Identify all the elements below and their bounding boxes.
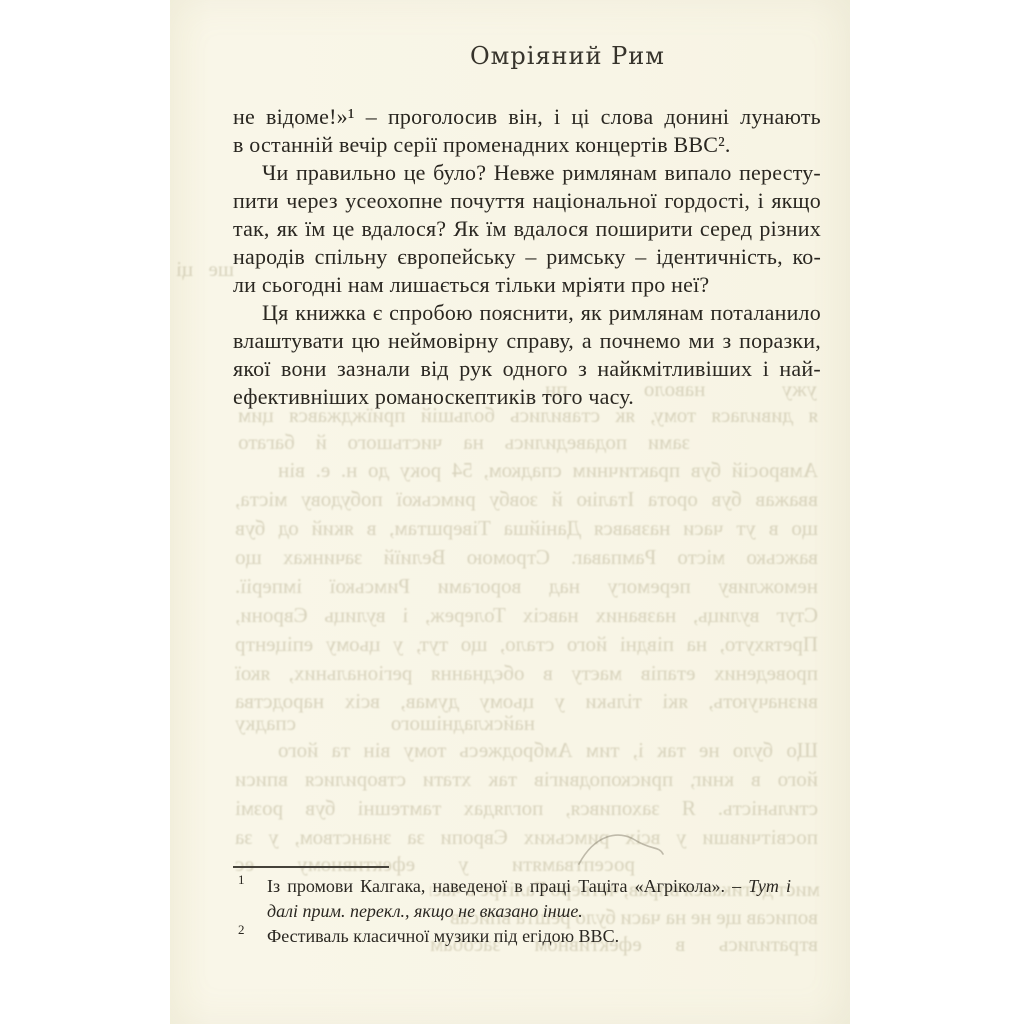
text-line-p0-l0: невідоме!»¹–проголосиввін,іцісловадонині…	[233, 103, 821, 131]
footnote-rule	[233, 866, 389, 868]
screenshot-root: { "page": { "header": "Омріяний Рим", "p…	[0, 0, 1024, 1024]
book-page: Омріяний Рим шеціужунаволопнядивиласятом…	[170, 0, 850, 1024]
text-line-p2-l0: Цякнижкаєспробоюпояснити,якримлянампотал…	[233, 299, 821, 327]
text-line-p2-l1: влаштуватицюнеймовірнусправу,апочнемомиз…	[233, 327, 821, 355]
text-line-p1-l3: народівспільнуєвропейську–римську–іденти…	[233, 243, 821, 271]
text-line-p1-l0: Чиправильноцебуло?Невжеримлянамвипалопер…	[233, 159, 821, 187]
text-line-p1-l4: ли сьогодні нам лишається тільки мріяти …	[233, 271, 821, 299]
footnote-text: Фестиваль класичної музики під егідою BB…	[267, 924, 791, 949]
footnote-2: 2Фестиваль класичної музики під егідою B…	[233, 924, 791, 949]
pencil-mark	[575, 824, 667, 872]
text-line-p1-l2: так,якїмцевдалося?Якїмвдалосяпоширитисер…	[233, 215, 821, 243]
text-line-p2-l2: якоївонизазналивідрукодногознайкмітливіш…	[233, 355, 821, 383]
main-text: невідоме!»¹–проголосиввін,іцісловадонині…	[170, 0, 850, 1024]
footnote-text: Із промови Калгака, наведеної в праці Та…	[267, 874, 791, 924]
text-line-p1-l1: питичерезусеохопнепочуттянаціональноїгор…	[233, 187, 821, 215]
footnote-1: 1Із промови Калгака, наведеної в праці Т…	[233, 874, 791, 924]
footnote-marker: 2	[238, 922, 245, 938]
text-line-p0-l1: в останній вечір серії променадних конце…	[233, 131, 821, 159]
text-line-p2-l3: ефективніших романоскептиків того часу.	[233, 383, 821, 411]
footnote-marker: 1	[238, 872, 245, 888]
